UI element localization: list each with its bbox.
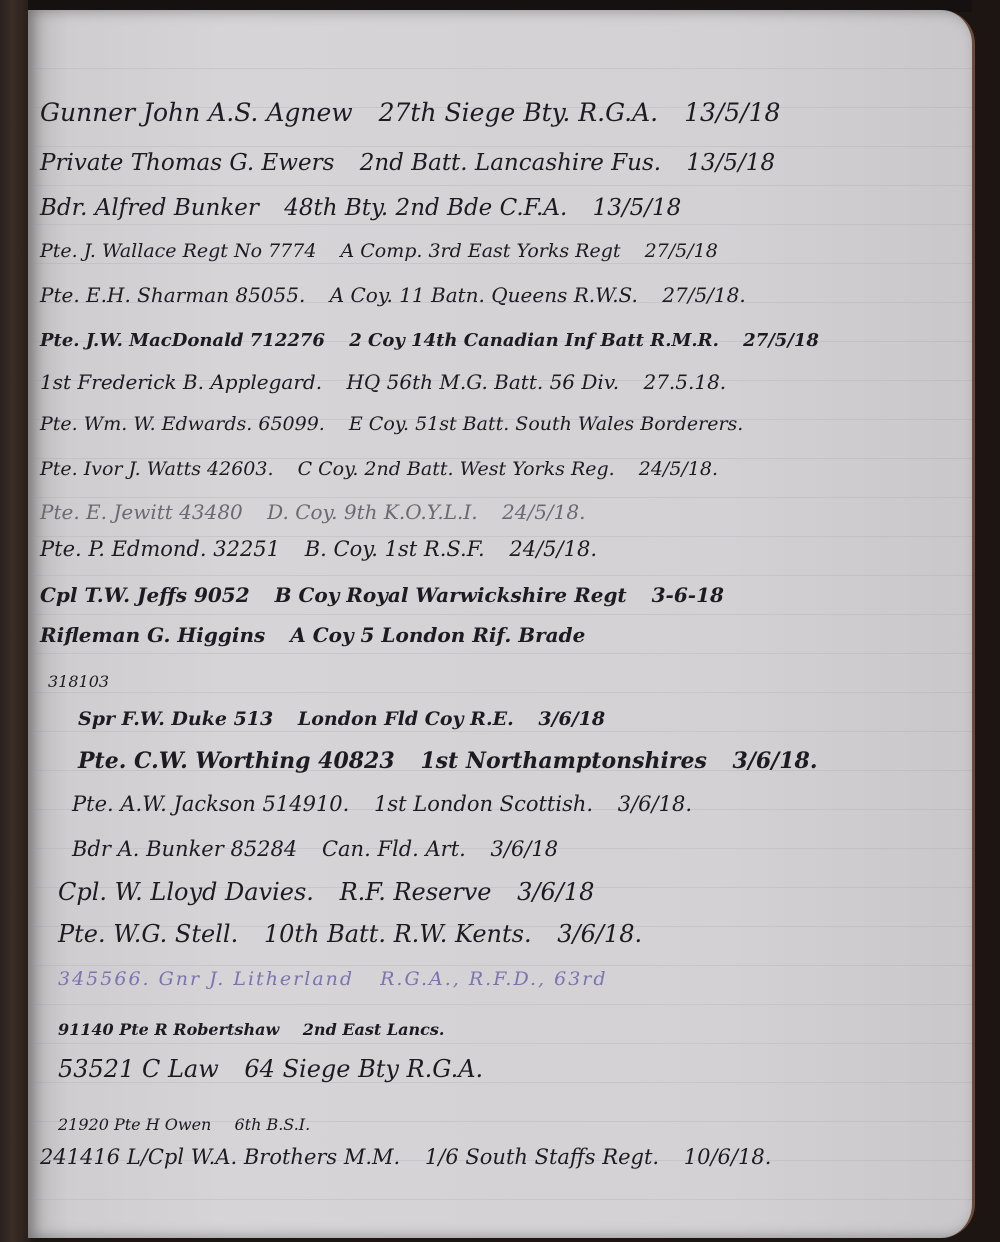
entry-name: Spr F.W. Duke 513: [78, 708, 273, 730]
entry-19: Cpl. W. Lloyd Davies. R.F. Reserve 3/6/1…: [58, 878, 970, 906]
entry-name: Bdr A. Bunker 85284: [72, 837, 297, 861]
entry-date: 13/5/18: [684, 98, 780, 127]
entry-name: 91140 Pte R Robertshaw: [58, 1020, 279, 1039]
entry-name: Bdr. Alfred Bunker: [40, 195, 259, 221]
entry-date: 3/6/18.: [618, 792, 692, 816]
entry-17: Pte. A.W. Jackson 514910. 1st London Sco…: [72, 792, 970, 816]
entry-name: Gunner John A.S. Agnew: [40, 98, 353, 127]
entry-18: Bdr A. Bunker 85284 Can. Fld. Art. 3/6/1…: [72, 837, 970, 861]
entry-date: 3/6/18.: [557, 920, 642, 948]
entry-24: 21920 Pte H Owen 6th B.S.I.: [58, 1115, 970, 1134]
entry-date: 10/6/18.: [684, 1145, 772, 1169]
entry-10: Pte. E. Jewitt 43480 D. Coy. 9th K.O.Y.L…: [40, 500, 970, 524]
entry-name: Pte. E.H. Sharman 85055.: [40, 283, 305, 307]
entry-name: Pte. W.G. Stell.: [58, 920, 238, 948]
entry-date: 27/5/18.: [662, 283, 745, 307]
entry-name: Pte. J. Wallace Regt No 7774: [40, 240, 316, 262]
entry-name: 1st Frederick B. Applegard.: [40, 370, 322, 394]
entry-20: Pte. W.G. Stell. 10th Batt. R.W. Kents. …: [58, 920, 970, 948]
entry-name: Pte. Wm. W. Edwards. 65099.: [40, 413, 325, 435]
entry-date: 24/5/18.: [639, 458, 718, 480]
entry-date: 13/5/18: [686, 150, 775, 176]
entry-name: Cpl T.W. Jeffs 9052: [40, 583, 250, 607]
entry-date: 3/6/18: [517, 878, 594, 906]
entry-name: Pte. P. Edmond. 32251: [40, 537, 280, 561]
entry-unit: 48th Bty. 2nd Bde C.F.A.: [284, 195, 567, 221]
entry-23: 53521 C Law 64 Siege Bty R.G.A.: [58, 1055, 970, 1083]
entry-date: 27.5.18.: [643, 370, 726, 394]
entry-name: Private Thomas G. Ewers: [40, 150, 334, 176]
entry-name: Pte. A.W. Jackson 514910.: [72, 792, 349, 816]
entry-unit: A Coy. 11 Batn. Queens R.W.S.: [330, 283, 638, 307]
entry-unit: 2 Coy 14th Canadian Inf Batt R.M.R.: [349, 330, 719, 351]
entry-unit: 2nd East Lancs.: [303, 1020, 445, 1039]
entry-name: 345566. Gnr J. Litherland: [58, 968, 354, 990]
entry-date: 3/6/18: [538, 708, 605, 730]
entry-date: 13/5/18: [593, 195, 682, 221]
entry-21: 345566. Gnr J. Litherland R.G.A., R.F.D.…: [58, 968, 970, 990]
entry-15: Spr F.W. Duke 513 London Fld Coy R.E. 3/…: [78, 708, 970, 730]
entry-name: 241416 L/Cpl W.A. Brothers M.M.: [40, 1145, 400, 1169]
entry-1: Gunner John A.S. Agnew 27th Siege Bty. R…: [40, 98, 970, 127]
entry-date: 3-6-18: [652, 583, 724, 607]
entry-11: Pte. P. Edmond. 32251 B. Coy. 1st R.S.F.…: [40, 537, 970, 561]
entry-date: 24/5/18.: [502, 500, 585, 524]
entry-date: 24/5/18.: [509, 537, 597, 561]
entry-22: 91140 Pte R Robertshaw 2nd East Lancs.: [58, 1020, 970, 1039]
entry-unit: 1st London Scottish.: [374, 792, 593, 816]
entry-unit: D. Coy. 9th K.O.Y.L.I.: [267, 500, 478, 524]
entry-2: Private Thomas G. Ewers 2nd Batt. Lancas…: [40, 150, 970, 176]
entry-unit: 64 Siege Bty R.G.A.: [244, 1055, 483, 1083]
entry-unit: 1st Northamptonshires: [420, 748, 707, 774]
entry-unit: 6th B.S.I.: [234, 1115, 310, 1134]
entry-unit: 10th Batt. R.W. Kents.: [264, 920, 532, 948]
entry-name: Pte. C.W. Worthing 40823: [78, 748, 395, 774]
entry-12: Cpl T.W. Jeffs 9052 B Coy Royal Warwicks…: [40, 583, 970, 607]
entry-unit: B. Coy. 1st R.S.F.: [305, 537, 485, 561]
entry-8: Pte. Wm. W. Edwards. 65099. E Coy. 51st …: [40, 413, 970, 435]
entry-unit: A Comp. 3rd East Yorks Regt: [340, 240, 620, 262]
entry-25: 241416 L/Cpl W.A. Brothers M.M. 1/6 Sout…: [40, 1145, 970, 1169]
entry-9: Pte. Ivor J. Watts 42603. C Coy. 2nd Bat…: [40, 458, 970, 480]
entry-name: Pte. E. Jewitt 43480: [40, 500, 243, 524]
entry-unit: R.G.A., R.F.D., 63rd: [380, 968, 607, 990]
entry-unit: 2nd Batt. Lancashire Fus.: [360, 150, 661, 176]
entry-unit: B Coy Royal Warwickshire Regt: [275, 583, 627, 607]
desk-background: Gunner John A.S. Agnew 27th Siege Bty. R…: [0, 0, 1000, 1242]
entry-7: 1st Frederick B. Applegard. HQ 56th M.G.…: [40, 370, 970, 394]
entry-unit: Can. Fld. Art.: [322, 837, 466, 861]
entry-14: 318103: [48, 672, 970, 691]
entry-name: 21920 Pte H Owen: [58, 1115, 211, 1134]
entry-date: 27/5/18: [743, 330, 819, 351]
entry-3: Bdr. Alfred Bunker 48th Bty. 2nd Bde C.F…: [40, 195, 970, 221]
entry-13: Rifleman G. Higgins A Coy 5 London Rif. …: [40, 623, 970, 647]
entry-name: 318103: [48, 672, 109, 691]
entry-unit: 1/6 South Staffs Regt.: [425, 1145, 659, 1169]
entry-16: Pte. C.W. Worthing 40823 1st Northampton…: [78, 748, 970, 774]
entry-unit: London Fld Coy R.E.: [298, 708, 514, 730]
entry-name: Pte. J.W. MacDonald 712276: [40, 330, 325, 351]
entry-unit: HQ 56th M.G. Batt. 56 Div.: [346, 370, 619, 394]
entry-unit: R.F. Reserve: [340, 878, 492, 906]
entry-unit: E Coy. 51st Batt. South Wales Borderers.: [349, 413, 743, 435]
entry-unit: A Coy 5 London Rif. Brade: [290, 623, 585, 647]
entry-name: Cpl. W. Lloyd Davies.: [58, 878, 314, 906]
entry-date: 27/5/18: [645, 240, 718, 262]
entry-name: 53521 C Law: [58, 1055, 219, 1083]
entry-name: Rifleman G. Higgins: [40, 623, 265, 647]
entry-unit: 27th Siege Bty. R.G.A.: [379, 98, 658, 127]
entry-date: 3/6/18.: [733, 748, 818, 774]
entry-6: Pte. J.W. MacDonald 712276 2 Coy 14th Ca…: [40, 330, 970, 351]
entry-date: 3/6/18: [491, 837, 559, 861]
entry-unit: C Coy. 2nd Batt. West Yorks Reg.: [298, 458, 615, 480]
entry-5: Pte. E.H. Sharman 85055. A Coy. 11 Batn.…: [40, 283, 970, 307]
entry-name: Pte. Ivor J. Watts 42603.: [40, 458, 274, 480]
entry-4: Pte. J. Wallace Regt No 7774 A Comp. 3rd…: [40, 240, 970, 262]
